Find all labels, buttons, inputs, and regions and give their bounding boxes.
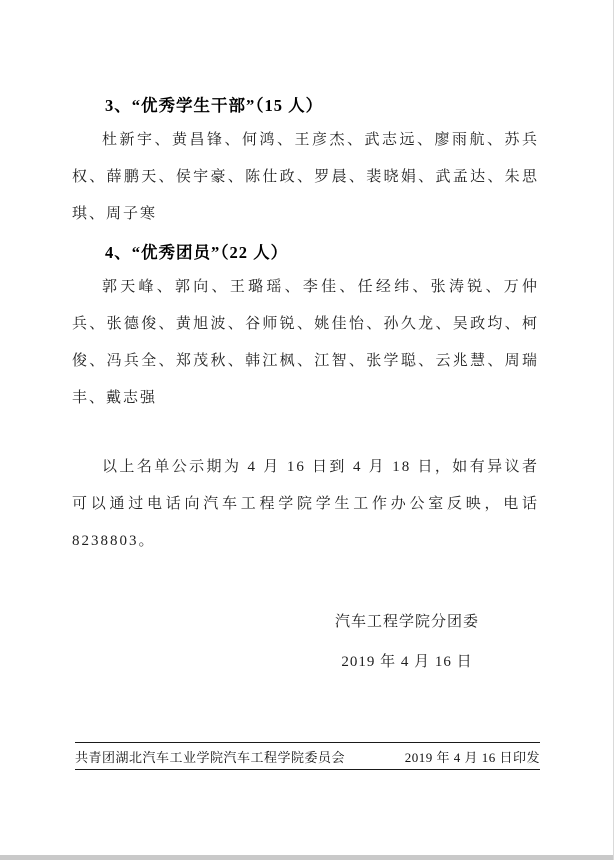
section-3-name-list: 杜新宇、黄昌锋、何鸿、王彦杰、武志远、廖雨航、苏兵权、薛鹏天、侯宇豪、陈仕政、罗… xyxy=(72,122,539,233)
section-3-heading: 3、“优秀学生干部”（15 人） xyxy=(105,92,539,120)
document-page: 3、“优秀学生干部”（15 人） 杜新宇、黄昌锋、何鸿、王彦杰、武志远、廖雨航、… xyxy=(0,0,614,860)
document-content: 3、“优秀学生干部”（15 人） 杜新宇、黄昌锋、何鸿、王彦杰、武志远、廖雨航、… xyxy=(0,0,613,681)
signoff-organization: 汽车工程学院分团委 xyxy=(317,604,497,641)
page-edge-shadow xyxy=(0,855,613,860)
footer-imprint: 共青团湖北汽车工业学院汽车工程学院委员会 2019 年 4 月 16 日印发 xyxy=(75,742,540,770)
footer-issuer: 共青团湖北汽车工业学院汽车工程学院委员会 xyxy=(75,747,345,766)
notice-paragraph: 以上名单公示期为 4 月 16 日到 4 月 18 日，如有异议者可以通过电话向… xyxy=(72,449,539,560)
section-4-name-list: 郭天峰、郭向、王璐瑶、李佳、任经纬、张涛锐、万仲兵、张德俊、黄旭波、谷师锐、姚佳… xyxy=(72,269,539,417)
section-4-heading: 4、“优秀团员”（22 人） xyxy=(105,239,539,267)
footer-print-date: 2019 年 4 月 16 日印发 xyxy=(405,747,540,766)
signoff-date: 2019 年 4 月 16 日 xyxy=(317,644,497,681)
signoff-block: 汽车工程学院分团委 2019 年 4 月 16 日 xyxy=(317,604,497,681)
